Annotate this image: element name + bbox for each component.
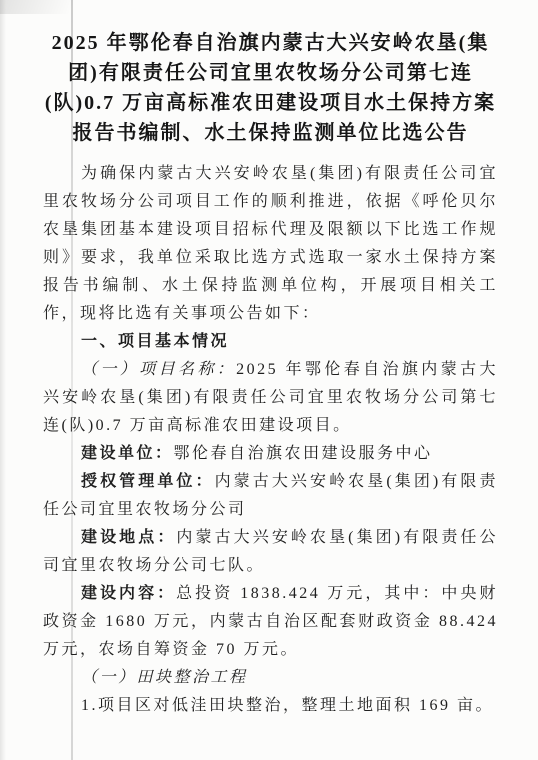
document-content: 2025 年鄂伦春自治旗内蒙古大兴安岭农垦(集团)有限责任公司宜里农牧场分公司第…	[0, 0, 538, 720]
intro-paragraph: 为确保内蒙古大兴安岭农垦(集团)有限责任公司宜里农牧场分公司项目工作的顺利推进，…	[43, 160, 498, 328]
section-1-heading: 一、项目基本情况	[43, 328, 498, 356]
list-item-1: 1.项目区对低洼田块整治，整理土地面积 169 亩。	[43, 692, 498, 720]
field-construction-site: 建设地点：内蒙古大兴安岭农垦(集团)有限责任公司宜里农牧场分公司七队。	[43, 524, 498, 580]
document-page: 2025 年鄂伦春自治旗内蒙古大兴安岭农垦(集团)有限责任公司宜里农牧场分公司第…	[0, 0, 538, 760]
field-construction-content: 建设内容：总投资 1838.424 万元，其中：中央财政资金 1680 万元，内…	[43, 580, 498, 664]
field-construction-unit-label: 建设单位：	[81, 445, 174, 462]
subsection-1-heading: （一）田块整治工程	[43, 664, 498, 692]
project-name-label: （一）项目名称：	[81, 361, 236, 378]
project-name-line: （一）项目名称：2025 年鄂伦春自治旗内蒙古大兴安岭农垦(集团)有限责任公司宜…	[43, 356, 498, 440]
field-construction-unit: 建设单位：鄂伦春自治旗农田建设服务中心	[43, 440, 498, 468]
notice-title: 2025 年鄂伦春自治旗内蒙古大兴安岭农垦(集团)有限责任公司宜里农牧场分公司第…	[43, 28, 498, 148]
field-construction-site-label: 建设地点：	[81, 529, 176, 546]
field-construction-unit-value: 鄂伦春自治旗农田建设服务中心	[174, 445, 433, 462]
field-authorized-management-unit-label: 授权管理单位：	[81, 473, 215, 490]
field-construction-content-label: 建设内容：	[81, 585, 176, 602]
field-authorized-management-unit: 授权管理单位：内蒙古大兴安岭农垦(集团)有限责任公司宜里农牧场分公司	[43, 468, 498, 524]
